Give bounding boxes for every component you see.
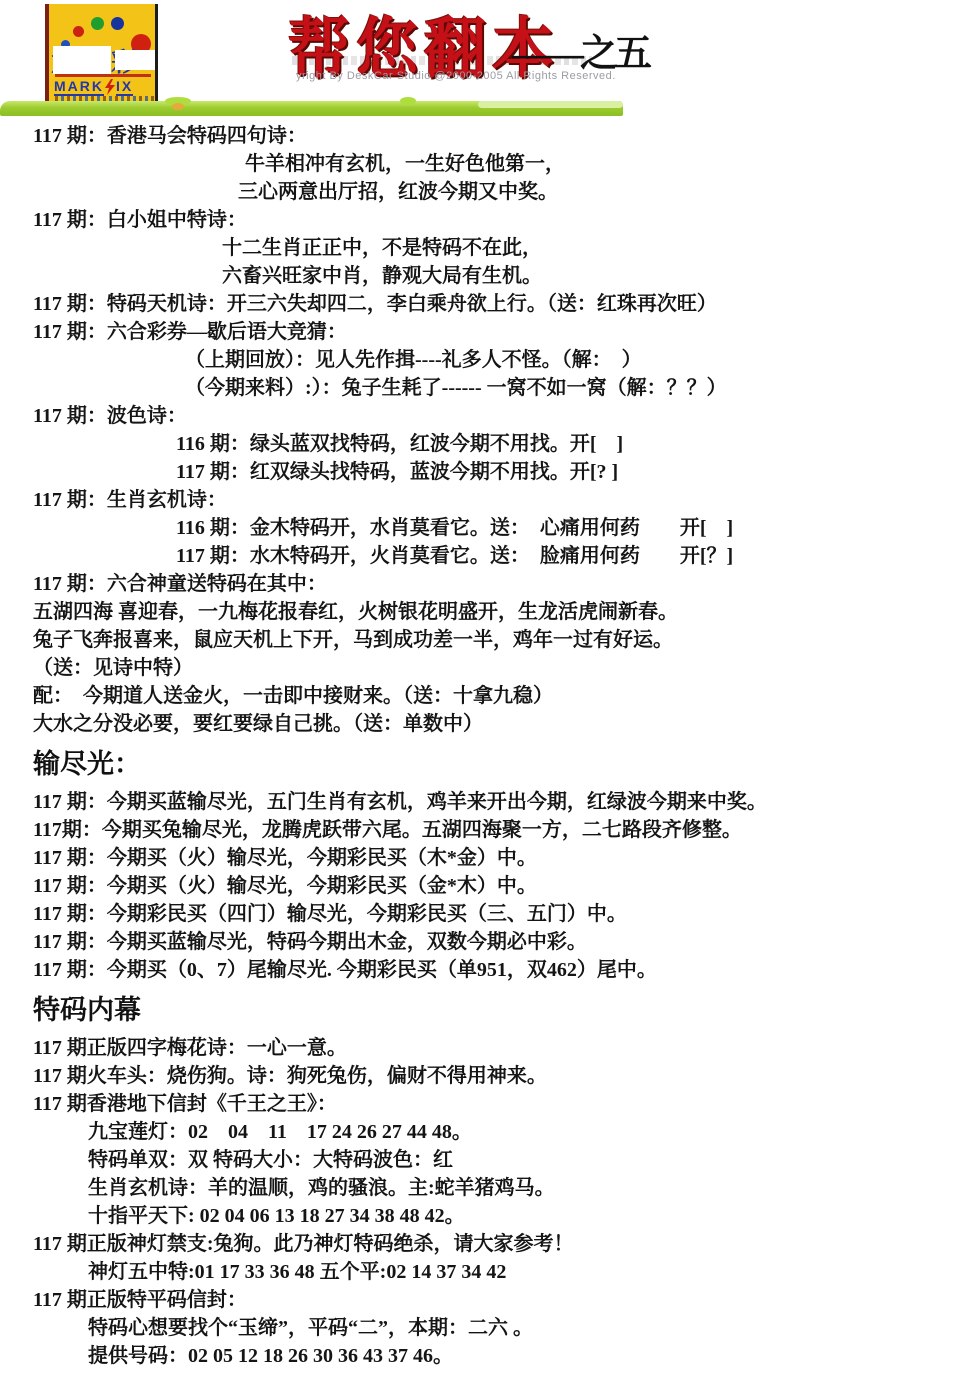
text-line: 117 期：波色诗： (0, 402, 980, 430)
text-line: （送：见诗中特） (0, 654, 980, 682)
section-heading: 输尽光： (0, 747, 980, 781)
logo-brand-row: MARK IX (54, 78, 158, 96)
text-line: 大水之分没必要，要红要绿自己挑。（送：单数中） (0, 710, 980, 738)
text-line: 117 期：六合神童送特码在其中： (0, 570, 980, 598)
text-line: （上期回放）：见人先作揖----礼多人不怪。（解： ） (0, 346, 980, 374)
text-line: 117 期：六合彩券—歇后语大竞猜： (0, 318, 980, 346)
logo-small-text (55, 96, 155, 101)
text-line: 特码心想要找个“玉缔”，平码“二”，本期：二六 。 (0, 1314, 980, 1342)
text-line: 117 期：今期买（0、7）尾输尽光. 今期彩民买（单951，双462）尾中。 (0, 956, 980, 984)
text-line: 117 期火车头：烧伤狗。诗：狗死兔伤，偏财不得用神来。 (0, 1062, 980, 1090)
text-line: 117期：今期买兔输尽光，龙腾虎跃带六尾。五湖四海聚一方，二七路段齐修整。 (0, 816, 980, 844)
text-line: 117 期：生肖玄机诗： (0, 486, 980, 514)
text-line: 116 期：绿头蓝双找特码，红波今期不用找。开[ ] (0, 430, 980, 458)
text-line: 117 期：今期买（火）输尽光，今期彩民买（木*金）中。 (0, 844, 980, 872)
logo-dot-green-icon (91, 17, 104, 30)
text-line: 117 期香港地下信封《千王之王》： (0, 1090, 980, 1118)
text-line: 117 期：特码天机诗：开三六失却四二，李白乘舟欲上行。（送：红珠再次旺） (0, 290, 980, 318)
text-line: 117 期正版特平码信封： (0, 1286, 980, 1314)
text-line: 117 期正版神灯禁支:兔狗。此乃神灯特码绝杀，请大家参考！ (0, 1230, 980, 1258)
text-line: 六畜兴旺家中肖，静观大局有生机。 (0, 262, 980, 290)
copyright-watermark: yright By DeskCar Studio @2000-2005 All … (296, 70, 656, 82)
logo-brand-ix: IX (116, 79, 133, 96)
text-line: （今期来料）:）：兔子生耗了------ 一窝不如一窝（解：？？） (0, 374, 980, 402)
text-line: 五湖四海 喜迎春，一九梅花报春红，火树银花明盛开，生龙活虎闹新春。 (0, 598, 980, 626)
logo-white-overlay (53, 46, 111, 74)
logo-white-overlay (115, 50, 155, 70)
text-line: 提供号码：02 05 12 18 26 30 36 43 37 46。 (0, 1342, 980, 1370)
text-line: 生肖玄机诗：羊的温顺，鸡的骚浪。主:蛇羊猪鸡马。 (0, 1174, 980, 1202)
logo-brand-mark: MARK (54, 79, 104, 96)
text-line: 117 期：香港马会特码四句诗： (0, 122, 980, 150)
text-line: 十二生肖正正中，不是特码不在此， (0, 234, 980, 262)
text-line: 117 期：今期买蓝输尽光，五门生肖有玄机，鸡羊来开出今期，红绿波今期来中奖。 (0, 788, 980, 816)
text-line: 117 期：今期买蓝输尽光，特码今期出木金，双数今期必中彩。 (0, 928, 980, 956)
text-line: 117 期：白小姐中特诗： (0, 206, 980, 234)
page-header: 六合彩 MARK IX 帮您翻本 ——之五 yright By DeskCar … (0, 0, 980, 122)
text-line: 神灯五中特:01 17 33 36 48 五个平:02 14 37 34 42 (0, 1258, 980, 1286)
text-line: 配： 今期道人送金火，一击即中接财来。（送：十拿九稳） (0, 682, 980, 710)
text-line: 117 期：红双绿头找特码，蓝波今期不用找。开[? ] (0, 458, 980, 486)
text-line: 兔子飞奔报喜来，鼠应天机上下开，马到成功差一半，鸡年一过有好运。 (0, 626, 980, 654)
logo-dot-red-icon (73, 26, 84, 37)
text-line: 十指平天下: 02 04 06 13 18 27 34 38 48 42。 (0, 1202, 980, 1230)
section-heading: 特码内幕 (0, 993, 980, 1027)
text-line: 117 期正版四字梅花诗：一心一意。 (0, 1034, 980, 1062)
divider-tail (478, 101, 623, 108)
text-line: 牛羊相冲有玄机，一生好色他第一， (0, 150, 980, 178)
text-line: 117 期：水木特码开，火肖莫看它。送： 脸痛用何药 开[？] (0, 542, 980, 570)
mark-six-logo: 六合彩 MARK IX (45, 4, 158, 101)
text-line: 117 期：今期买（火）输尽光，今期彩民买（金*木）中。 (0, 872, 980, 900)
text-line: 三心两意出厅招，红波今期又中奖。 (0, 178, 980, 206)
text-line: 116 期：金木特码开，水肖莫看它。送： 心痛用何药 开[ ] (0, 514, 980, 542)
text-line: 九宝莲灯：02 04 11 17 24 26 27 44 48。 (0, 1118, 980, 1146)
green-divider (0, 101, 623, 116)
logo-dot-navy-icon (111, 17, 124, 30)
lightning-icon (105, 79, 115, 95)
text-line: 特码单双：双 特码大小：大特码波色：红 (0, 1146, 980, 1174)
text-line: 117 期：今期彩民买（四门）输尽光，今期彩民买（三、五门）中。 (0, 900, 980, 928)
divider-dot (172, 103, 184, 110)
content: 117 期：香港马会特码四句诗：牛羊相冲有玄机，一生好色他第一，三心两意出厅招，… (0, 122, 980, 1370)
logo-red-line (55, 74, 151, 77)
